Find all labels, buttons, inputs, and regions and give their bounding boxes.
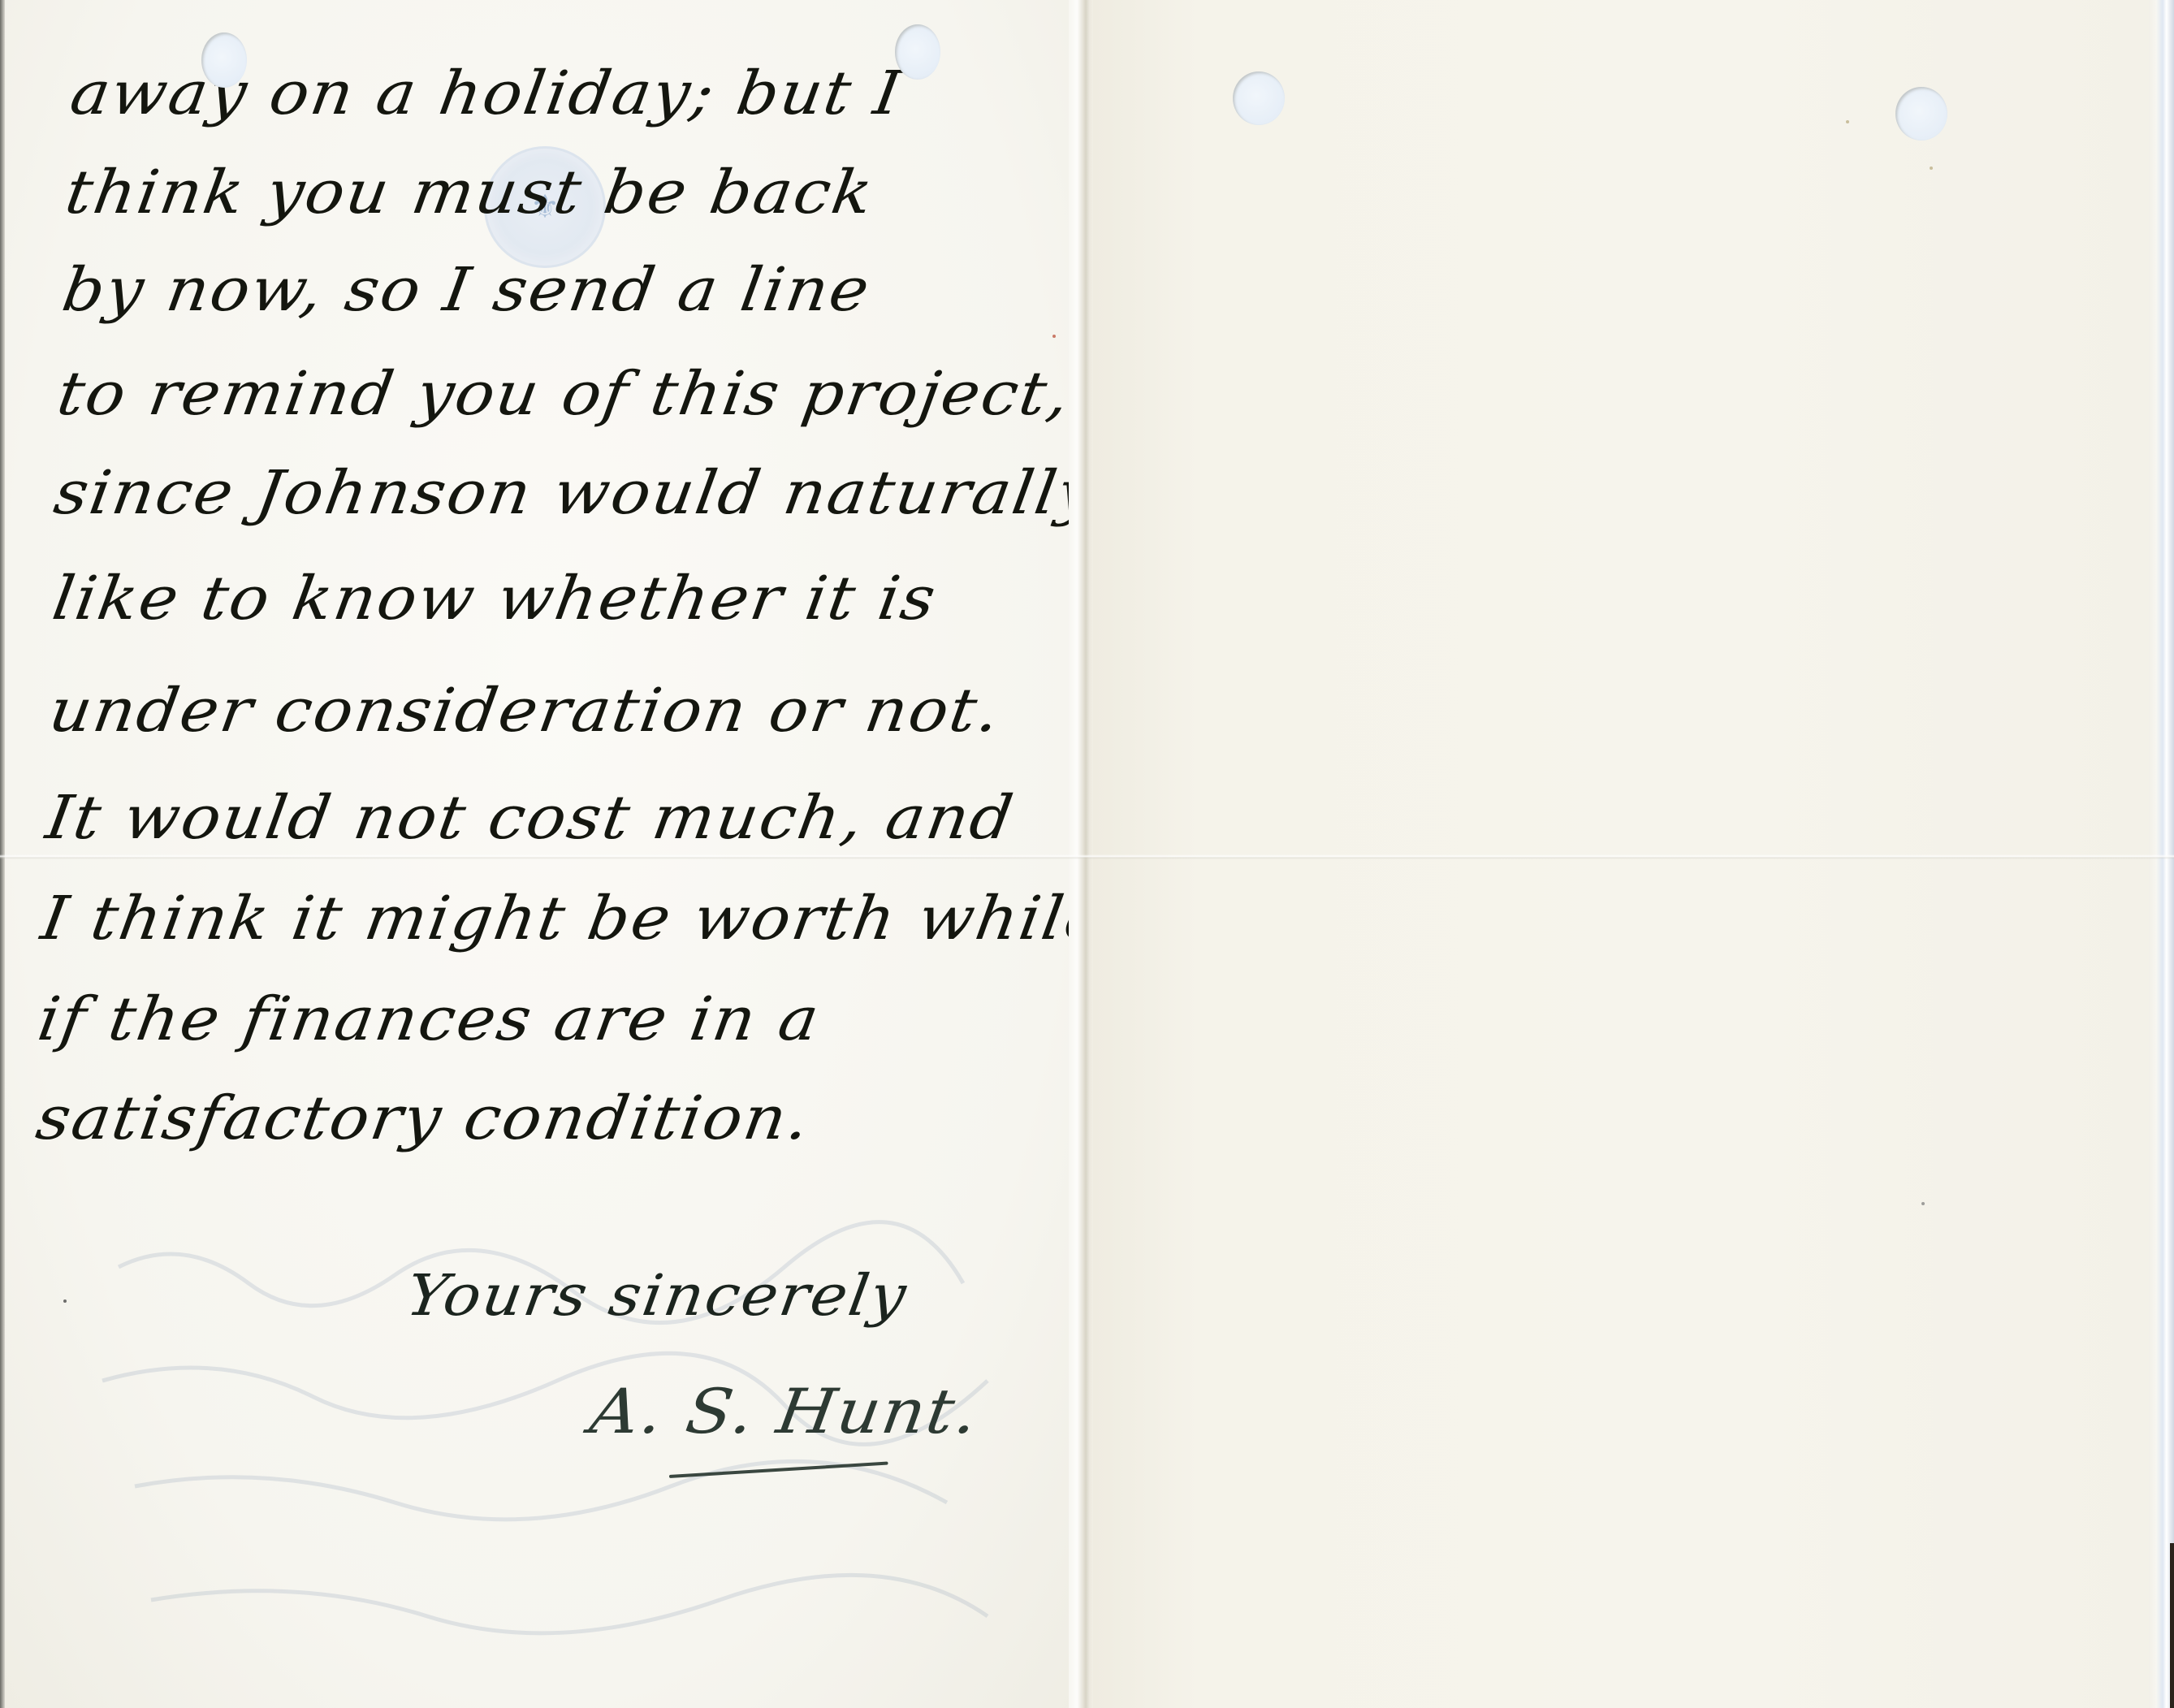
ink-speck	[63, 1299, 67, 1303]
punch-hole-1	[201, 32, 247, 88]
letter-sheet: ⚜ away on a holiday; but I think you mus…	[0, 0, 2174, 1708]
letter-line-6: like to know whether it is	[49, 569, 940, 629]
letter-line-8: It would not cost much, and	[42, 788, 1018, 848]
letter-closing: Yours sincerely	[403, 1267, 911, 1324]
letter-line-7: under consideration or not.	[45, 681, 1005, 741]
ink-speck	[1052, 335, 1056, 338]
letter-line-2: think you must be back	[62, 162, 878, 223]
letter-line-3: by now, so I send a line	[58, 260, 875, 320]
punch-hole-4	[1895, 87, 1947, 141]
scan-background-edge	[2170, 1543, 2174, 1708]
letter-line-9: I think it might be worth while,	[37, 889, 1132, 949]
horizontal-crease	[0, 854, 2174, 859]
letter-line-11: satisfactory condition.	[32, 1088, 815, 1148]
letter-line-4: to remind you of this project,	[54, 364, 1074, 424]
letter-line-1: away on a holiday; but I	[67, 63, 906, 123]
paper-speck	[1846, 120, 1849, 123]
letter-line-5: since Johnson would naturally	[50, 463, 1100, 523]
paper-speck	[1930, 166, 1933, 170]
paper-speck	[1921, 1202, 1925, 1205]
punch-hole-3	[1233, 71, 1285, 125]
letter-line-10: if the finances are in a	[34, 989, 824, 1049]
letter-signature: A. S. Hunt.	[586, 1381, 983, 1442]
punch-hole-2	[895, 24, 940, 80]
